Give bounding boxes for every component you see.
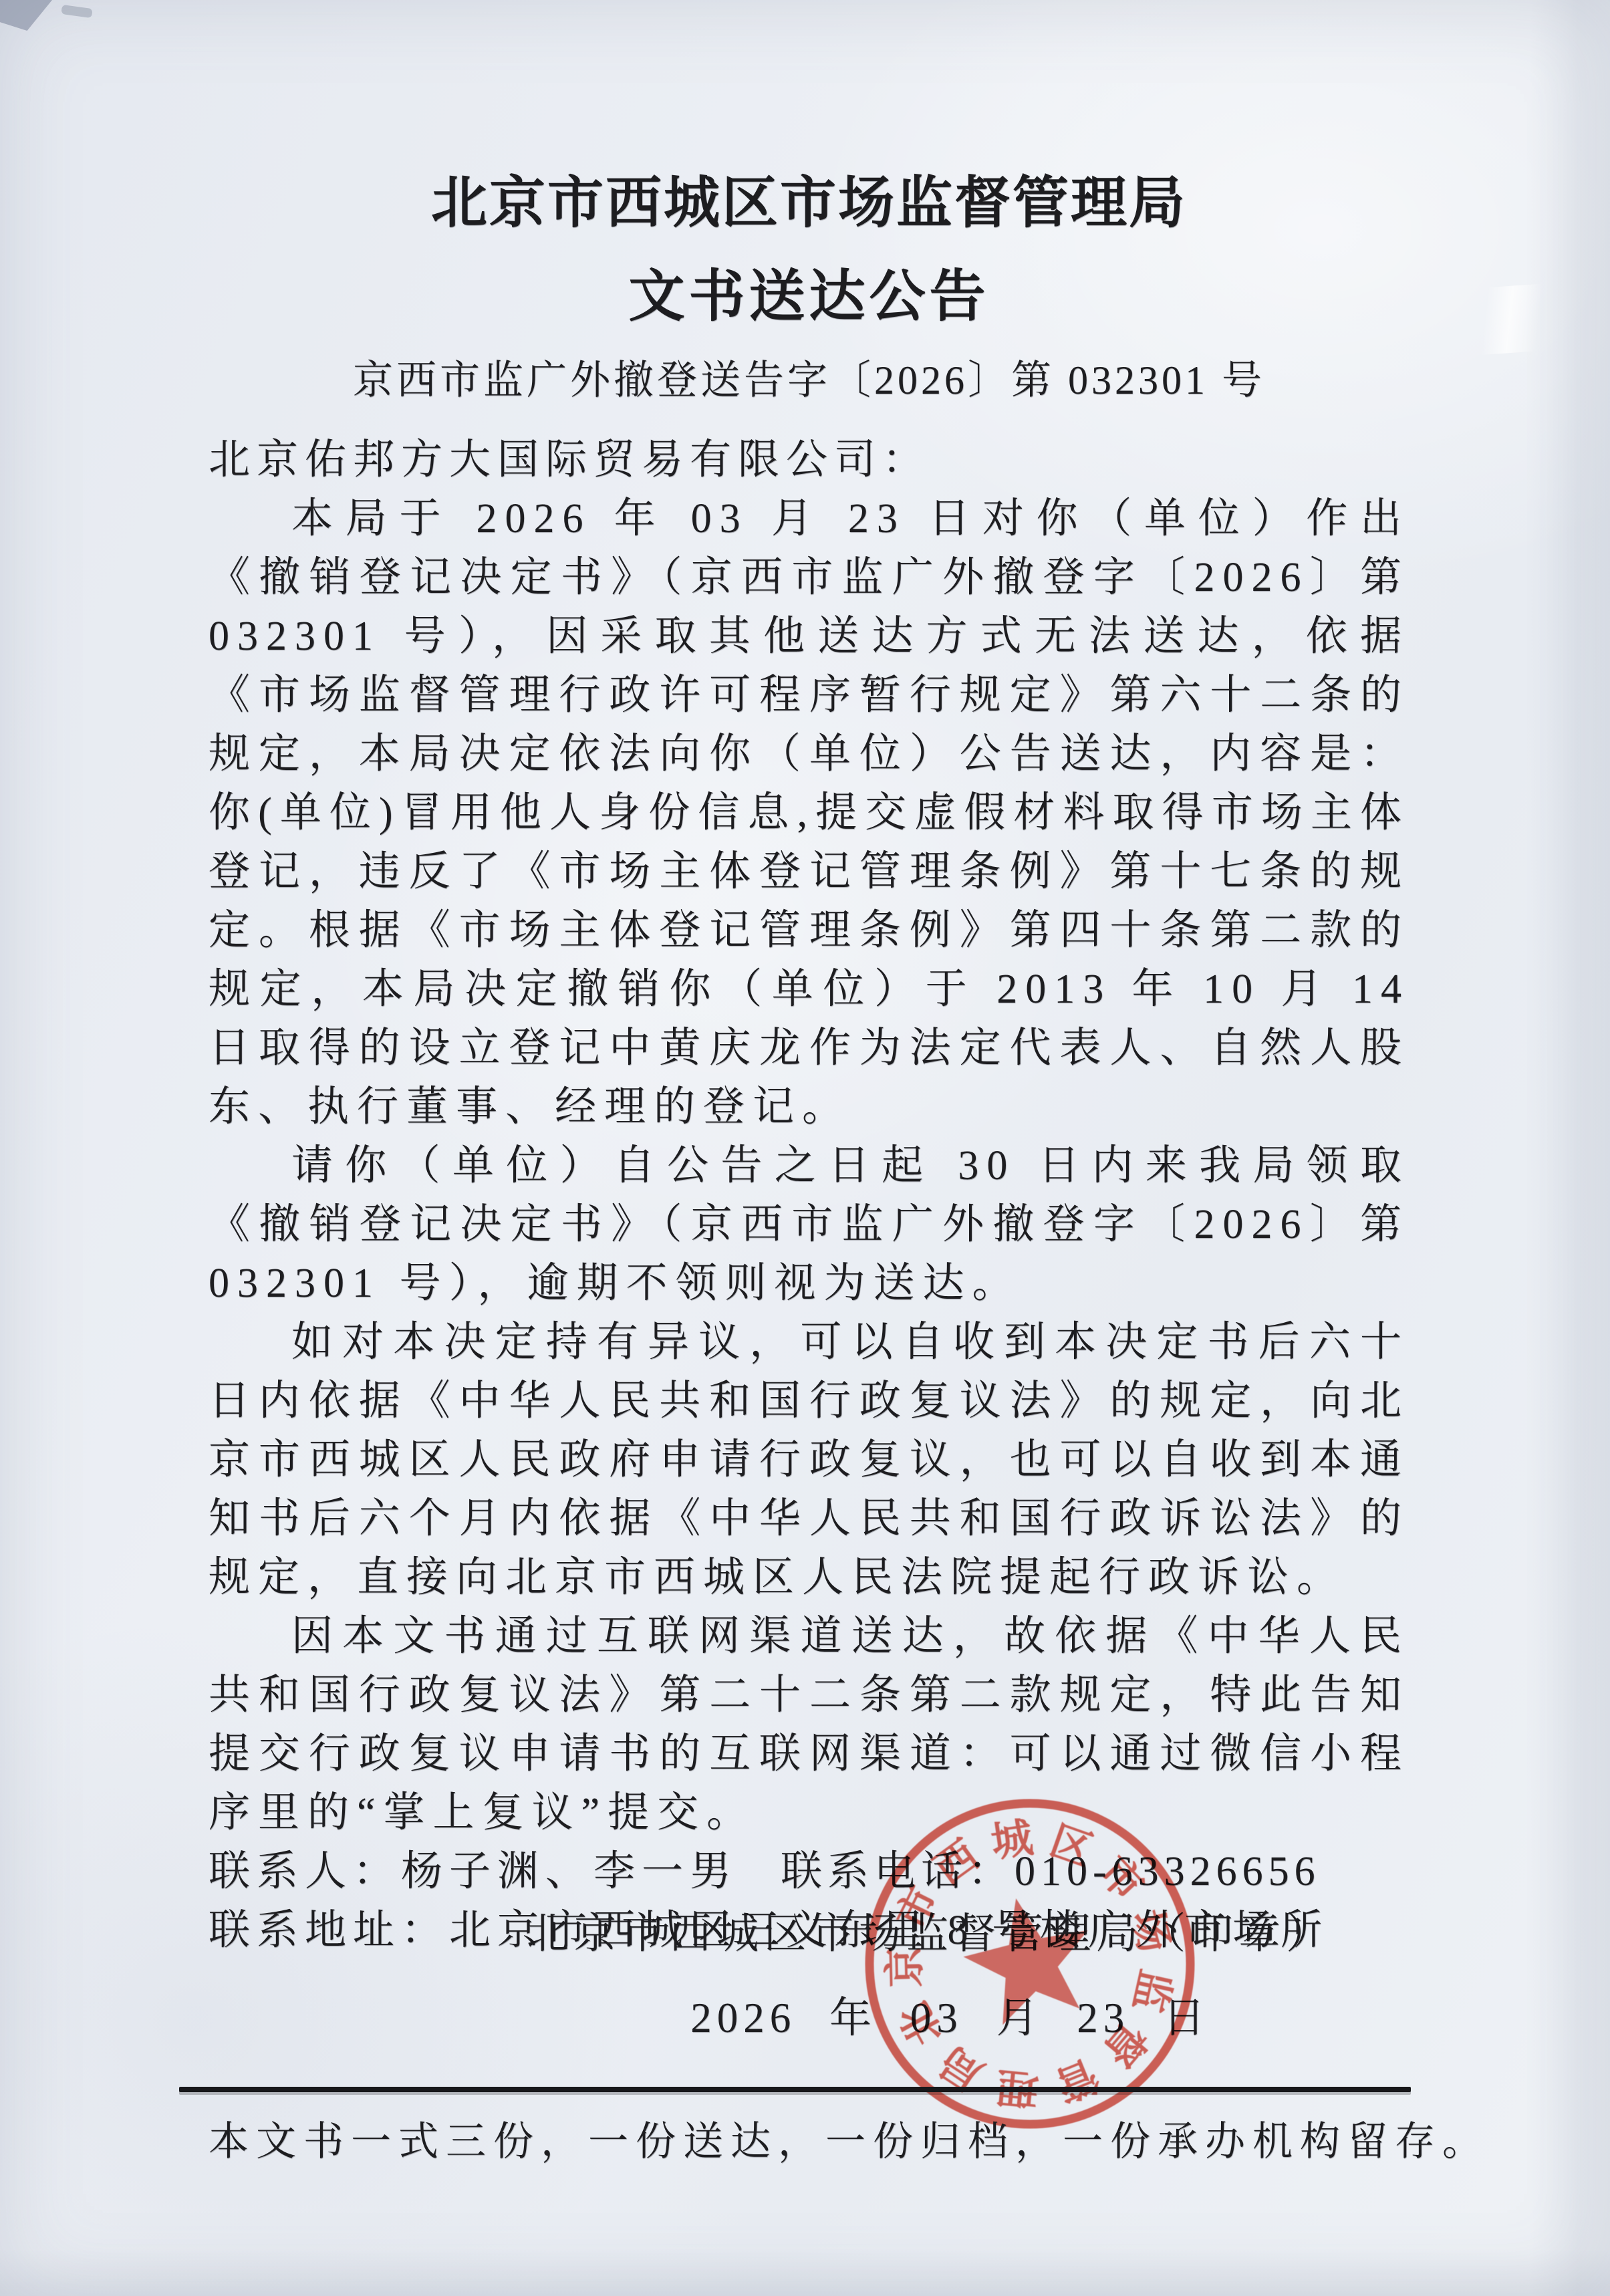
contact-person: 联系人：杨子渊、李一男 bbox=[209, 1842, 738, 1901]
svg-text:场: 场 bbox=[1123, 1906, 1178, 1958]
official-red-seal: 北京市西城区市场监督管理局 bbox=[863, 1790, 1197, 2131]
paragraph-online-channel: 因本文书通过互联网渠道送达，故依据《中华人民共和国行政复议法》第二十二条第二款规… bbox=[209, 1607, 1410, 1842]
contact-row: 联系人：杨子渊、李一男 联系电话：010-63326656 bbox=[209, 1842, 1410, 1901]
paragraph-appeal-rights: 如对本决定持有异议，可以自收到本决定书后六十日内依据《中华人民共和国行政复议法》… bbox=[209, 1313, 1410, 1607]
svg-text:监: 监 bbox=[1125, 1966, 1179, 2017]
seal-graphic: 北京市西城区市场监督管理局 bbox=[863, 1790, 1197, 2131]
svg-text:市: 市 bbox=[1090, 1849, 1152, 1910]
paragraph-decision: 本局于 2026 年 03 月 23 日对你（单位）作出《撤销登记决定书》（京西… bbox=[209, 489, 1410, 1136]
scanned-notice-page: 北京市西城区市场监督管理局 文书送达公告 京西市监广外撤登送告字〔2026〕第 … bbox=[0, 0, 1610, 2296]
svg-text:北: 北 bbox=[892, 1995, 952, 2053]
svg-text:督: 督 bbox=[1094, 2013, 1156, 2075]
seal-star-icon bbox=[954, 1885, 1103, 2029]
svg-text:管: 管 bbox=[1049, 2050, 1104, 2108]
scan-edge-shadow-bottom bbox=[0, 2249, 1610, 2296]
document-number: 京西市监广外撤登送告字〔2026〕第 032301 号 bbox=[209, 357, 1410, 404]
svg-text:西: 西 bbox=[927, 1833, 987, 1894]
addressee-line: 北京佑邦方大国际贸易有限公司： bbox=[209, 430, 1410, 489]
document-type-title: 文书送达公告 bbox=[209, 261, 1410, 334]
document-content: 北京市西城区市场监督管理局 文书送达公告 京西市监广外撤登送告字〔2026〕第 … bbox=[0, 0, 1610, 1960]
svg-text:市: 市 bbox=[889, 1880, 948, 1937]
svg-text:京: 京 bbox=[882, 1945, 928, 1988]
footer-divider bbox=[179, 2087, 1411, 2092]
paragraph-collection-notice: 请你（单位）自公告之日起 30 日内来我局领取《撤销登记决定书》（京西市监广外撤… bbox=[209, 1136, 1410, 1313]
svg-text:城: 城 bbox=[988, 1815, 1036, 1866]
svg-text:区: 区 bbox=[1044, 1818, 1098, 1875]
agency-title: 北京市西城区市场监督管理局 bbox=[209, 167, 1410, 241]
footer-distribution-note: 本文书一式三份，一份送达，一份归档，一份承办机构留存。 bbox=[209, 2110, 1490, 2167]
